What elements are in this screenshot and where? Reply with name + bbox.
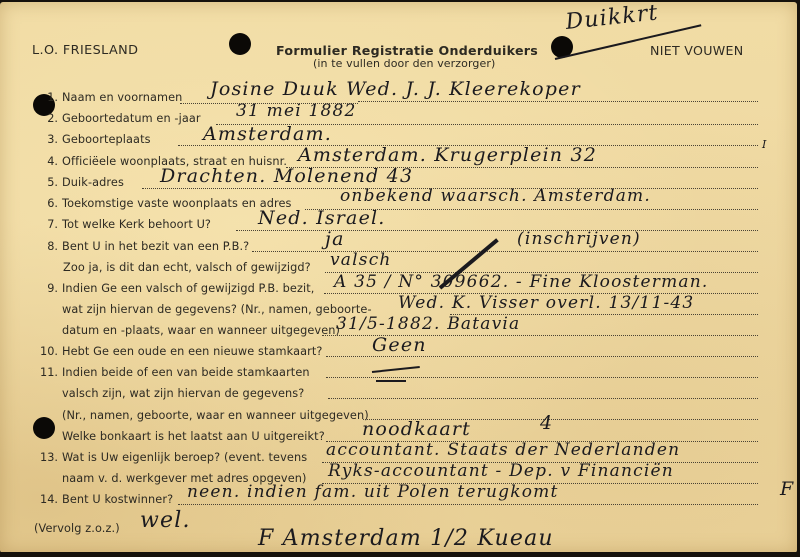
field-label-stamkaart-details: valsch zijn, wat zijn hiervan de gegeven… (62, 387, 304, 400)
field-value-birthplace: Amsterdam. (203, 123, 332, 145)
field-value-name: Josine Duuk Wed. J. J. Kleerekoper (210, 78, 581, 100)
footer-handwriting-wel: wel. (140, 508, 191, 533)
field-value-official-address: Amsterdam. Krugerplein 32 (298, 144, 597, 166)
field-value-church: Ned. Israel. (258, 207, 386, 229)
header-annotation: Duikkrt (564, 0, 659, 35)
footer-handwriting-location: F Amsterdam 1/2 Kueau (258, 526, 554, 551)
pen-dash-mark (372, 366, 420, 373)
field-number: 14. (36, 493, 58, 506)
fill-line (236, 230, 758, 231)
field-value-future-address: onbekend waarsch. Amsterdam. (340, 186, 651, 206)
field-value-floor: I (762, 138, 768, 151)
field-number: 10. (36, 345, 58, 358)
fill-line (358, 101, 758, 102)
field-value-pb: ja (325, 228, 345, 250)
field-label-stamkaart-fake: Indien beide of een van beide stamkaarte… (62, 366, 310, 379)
field-number: 13. (36, 451, 58, 464)
field-label-pb: Bent U in het bezit van een P.B.? (62, 240, 249, 253)
field-value-employer: Ryks-accountant - Dep. v Financiën (328, 461, 674, 481)
field-number: 8. (36, 240, 58, 253)
field-label-profession: Wat is Uw eigenlijk beroep? (event. teve… (62, 451, 307, 464)
field-number: 6. (36, 197, 58, 210)
fill-line (178, 504, 758, 505)
fill-line (326, 377, 758, 378)
no-fold-notice: NIET VOUWEN (650, 43, 743, 58)
field-note-register: (inschrijven) (517, 229, 641, 249)
field-label-breadwinner: Bent U kostwinner? (62, 493, 173, 506)
field-value-fake-pb-issue: 31/5-1882. Batavia (336, 314, 520, 334)
field-value-breadwinner: neen. indien fam. uit Polen terugkomt (187, 482, 559, 502)
punch-hole-top-left (229, 33, 251, 55)
field-number: 4. (36, 155, 58, 168)
margin-mark-right: F (780, 478, 794, 500)
organization-label: L.O. FRIESLAND (32, 43, 138, 58)
scan-border-bottom (0, 552, 800, 557)
fill-line (328, 398, 758, 399)
field-label-birthdate: Geboortedatum en -jaar (62, 112, 201, 125)
field-value-fake-pb-number: A 35 / N° 309662. - Fine Kloosterman. (334, 272, 708, 292)
field-value-profession: accountant. Staats der Nederlanden (326, 440, 680, 460)
field-label-stamkaart-issue: (Nr., namen, geboorte, waar en wanneer u… (62, 409, 369, 422)
field-number: 11. (36, 366, 58, 379)
field-label-stamkaart: Hebt Ge een oude en een nieuwe stamkaart… (62, 345, 323, 358)
field-number: 9. (36, 282, 58, 295)
field-value-birthdate: 31 mei 1882 (236, 101, 357, 121)
field-value-fake-pb-name: Wed. K. Visser overl. 13/11-43 (398, 293, 694, 313)
field-label-fake-pb-details: wat zijn hiervan de gegevens? (Nr., name… (62, 303, 372, 316)
pen-dash-mark (376, 380, 406, 382)
field-value-pb-type: valsch (330, 250, 392, 270)
field-label-church: Tot welke Kerk behoort U? (62, 218, 211, 231)
field-number: 1. (36, 91, 58, 104)
fill-line (252, 251, 758, 252)
field-label-hiding-address: Duik-adres (62, 176, 124, 189)
registration-card: L.O. FRIESLAND Formulier Registratie Ond… (0, 2, 797, 553)
field-number: 2. (36, 112, 58, 125)
field-label-fake-pb: Indien Ge een valsch of gewijzigd P.B. b… (62, 282, 314, 295)
field-label-bonkaart: Welke bonkaart is het laatst aan U uitge… (62, 430, 325, 443)
field-label-name: Naam en voornamen (62, 91, 182, 104)
continued-overleaf: (Vervolg z.o.z.) (34, 522, 120, 535)
field-number: 3. (36, 133, 58, 146)
punch-hole-left-lower (33, 417, 55, 439)
field-value-bonkaart: noodkaart (362, 418, 471, 440)
field-number: 7. (36, 218, 58, 231)
field-value-stamkaart: Geen (372, 334, 427, 356)
field-label-birthplace: Geboorteplaats (62, 133, 151, 146)
field-label-fake-pb-issue: datum en -plaats, waar en wanneer uitgeg… (62, 324, 340, 337)
field-mark-bonkaart: 4 (540, 412, 553, 434)
field-number: 5. (36, 176, 58, 189)
fill-line (326, 356, 758, 357)
form-subtitle: (in te vullen door den verzorger) (313, 57, 495, 70)
form-title: Formulier Registratie Onderduikers (276, 43, 538, 58)
field-label-pb-type: Zoo ja, is dit dan echt, valsch of gewij… (63, 261, 311, 274)
field-value-hiding-address: Drachten. Molenend 43 (160, 165, 413, 187)
